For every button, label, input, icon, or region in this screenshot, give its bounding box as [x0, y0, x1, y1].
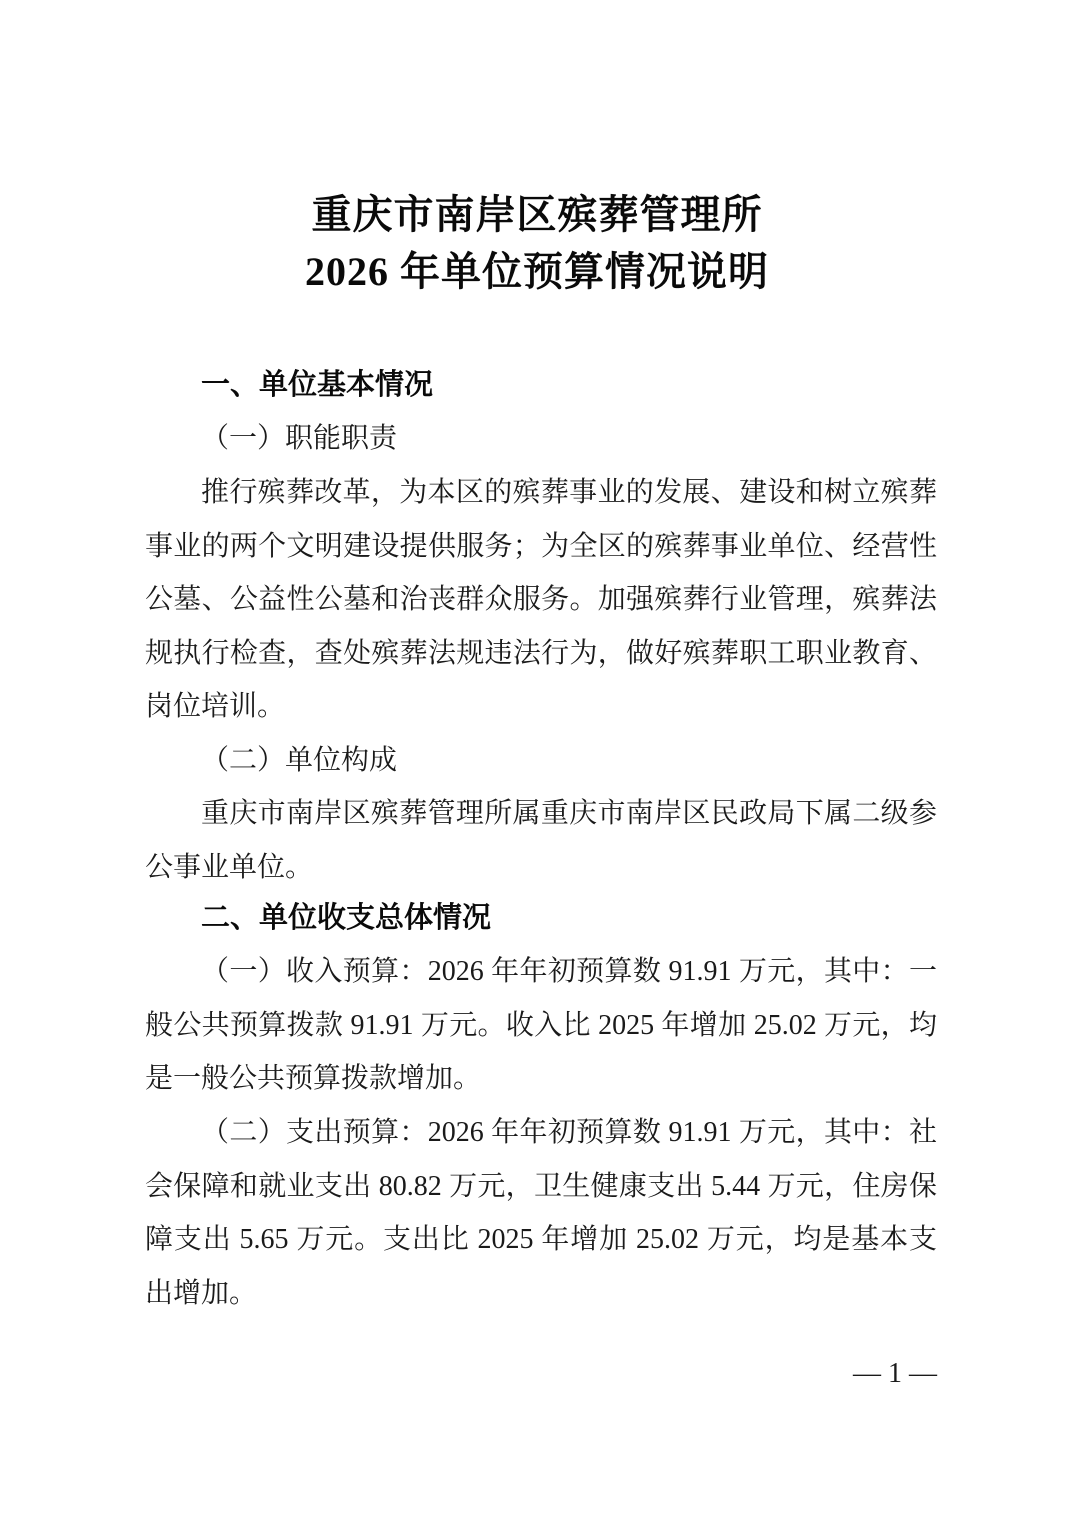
document-title-line2: 2026 年单位预算情况说明 [0, 243, 1074, 300]
paragraph-income-lead: （一）收入预算： [201, 956, 428, 987]
section-heading-basic-info: 一、单位基本情况 [145, 359, 937, 413]
page-number: — 1 — [853, 1356, 937, 1392]
paragraph-income-budget: （一）收入预算：2026 年年初预算数 91.91 万元，其中：一般公共预算拨款… [145, 945, 937, 1106]
paragraph-expense-lead: （二）支出预算： [201, 1117, 428, 1148]
paragraph-composition: 重庆市南岸区殡葬管理所属重庆市南岸区民政局下属二级参公事业单位。 [145, 787, 937, 894]
document-title: 重庆市南岸区殡葬管理所 2026 年单位预算情况说明 [0, 186, 1074, 300]
paragraph-expense-budget: （二）支出预算：2026 年年初预算数 91.91 万元，其中：社会保障和就业支… [145, 1106, 937, 1320]
paragraph-duties: 推行殡葬改革，为本区的殡葬事业的发展、建设和树立殡葬事业的两个文明建设提供服务；… [145, 466, 937, 734]
section-heading-budget-overview: 二、单位收支总体情况 [145, 892, 937, 946]
document-page: 重庆市南岸区殡葬管理所 2026 年单位预算情况说明 一、单位基本情况 （一）职… [0, 0, 1074, 1520]
subsection-heading-composition: （二）单位构成 [145, 734, 937, 788]
document-title-line1: 重庆市南岸区殡葬管理所 [0, 186, 1074, 243]
subsection-heading-duties: （一）职能职责 [145, 412, 937, 466]
